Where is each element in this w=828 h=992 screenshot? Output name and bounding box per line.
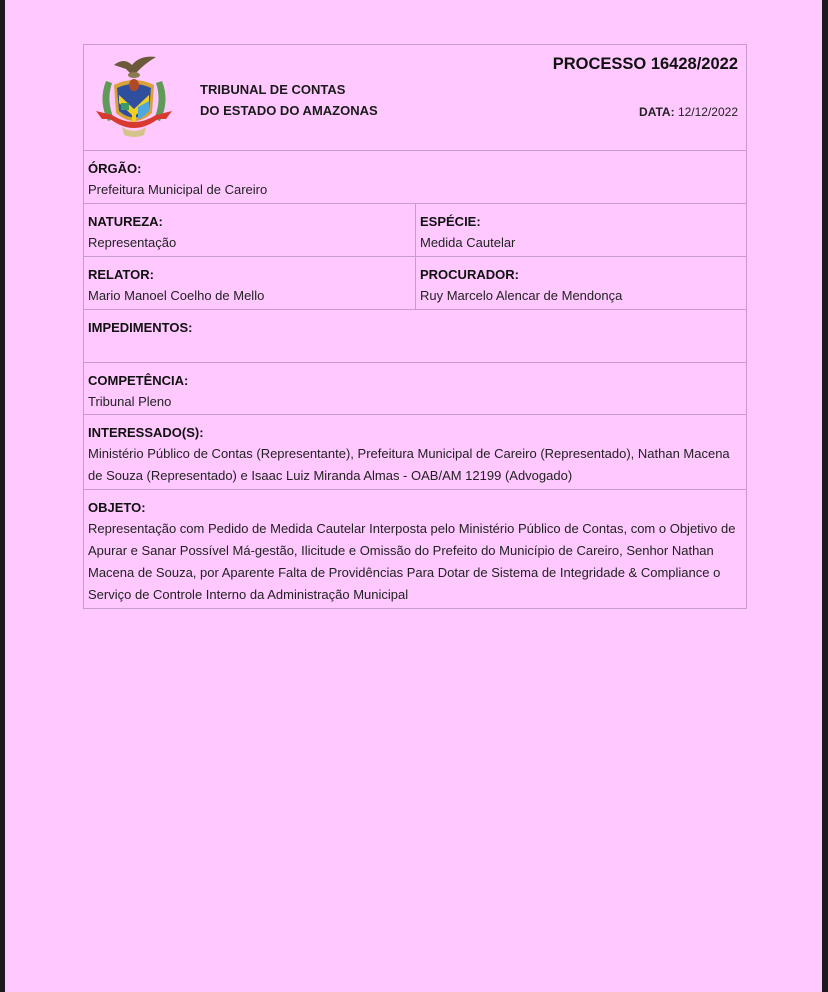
competencia-label: COMPETÊNCIA: — [88, 371, 742, 391]
orgao-value: Prefeitura Municipal de Careiro — [88, 179, 742, 201]
orgao-row: ÓRGÃO: Prefeitura Municipal de Careiro — [84, 150, 746, 203]
objeto-label: OBJETO: — [88, 498, 742, 518]
objeto-cell: OBJETO: Representação com Pedido de Medi… — [84, 490, 746, 608]
interessados-value: Ministério Público de Contas (Representa… — [88, 443, 742, 487]
interessados-row: INTERESSADO(S): Ministério Público de Co… — [84, 414, 746, 489]
document-page: TRIBUNAL DE CONTAS DO ESTADO DO AMAZONAS… — [5, 0, 822, 992]
competencia-cell: COMPETÊNCIA: Tribunal Pleno — [84, 363, 746, 414]
interessados-cell: INTERESSADO(S): Ministério Público de Co… — [84, 415, 746, 489]
process-date: DATA: 12/12/2022 — [639, 105, 738, 119]
orgao-cell: ÓRGÃO: Prefeitura Municipal de Careiro — [84, 151, 746, 203]
date-value: 12/12/2022 — [678, 105, 738, 119]
date-label: DATA: — [639, 105, 675, 119]
document-header: TRIBUNAL DE CONTAS DO ESTADO DO AMAZONAS… — [84, 45, 746, 150]
natureza-especie-row: NATUREZA: Representação ESPÉCIE: Medida … — [84, 203, 746, 256]
relator-procurador-row: RELATOR: Mario Manoel Coelho de Mello PR… — [84, 256, 746, 309]
institution-name: TRIBUNAL DE CONTAS DO ESTADO DO AMAZONAS — [200, 79, 378, 121]
relator-label: RELATOR: — [88, 265, 411, 285]
orgao-label: ÓRGÃO: — [88, 159, 742, 179]
relator-value: Mario Manoel Coelho de Mello — [88, 285, 411, 307]
objeto-value: Representação com Pedido de Medida Caute… — [88, 518, 742, 606]
institution-line-2: DO ESTADO DO AMAZONAS — [200, 100, 378, 121]
coat-of-arms-icon — [92, 51, 176, 141]
procurador-value: Ruy Marcelo Alencar de Mendonça — [420, 285, 742, 307]
procurador-label: PROCURADOR: — [420, 265, 742, 285]
competencia-row: COMPETÊNCIA: Tribunal Pleno — [84, 362, 746, 414]
natureza-cell: NATUREZA: Representação — [84, 204, 415, 256]
procurador-cell: PROCURADOR: Ruy Marcelo Alencar de Mendo… — [415, 257, 746, 309]
objeto-row: OBJETO: Representação com Pedido de Medi… — [84, 489, 746, 608]
process-number: PROCESSO 16428/2022 — [553, 55, 738, 74]
competencia-value: Tribunal Pleno — [88, 391, 742, 413]
interessados-label: INTERESSADO(S): — [88, 423, 742, 443]
natureza-label: NATUREZA: — [88, 212, 411, 232]
natureza-value: Representação — [88, 232, 411, 254]
relator-cell: RELATOR: Mario Manoel Coelho de Mello — [84, 257, 415, 309]
impedimentos-cell: IMPEDIMENTOS: — [84, 310, 746, 362]
process-form: TRIBUNAL DE CONTAS DO ESTADO DO AMAZONAS… — [83, 44, 747, 609]
especie-value: Medida Cautelar — [420, 232, 742, 254]
impedimentos-row: IMPEDIMENTOS: — [84, 309, 746, 362]
institution-line-1: TRIBUNAL DE CONTAS — [200, 79, 378, 100]
impedimentos-label: IMPEDIMENTOS: — [88, 318, 742, 338]
especie-cell: ESPÉCIE: Medida Cautelar — [415, 204, 746, 256]
especie-label: ESPÉCIE: — [420, 212, 742, 232]
